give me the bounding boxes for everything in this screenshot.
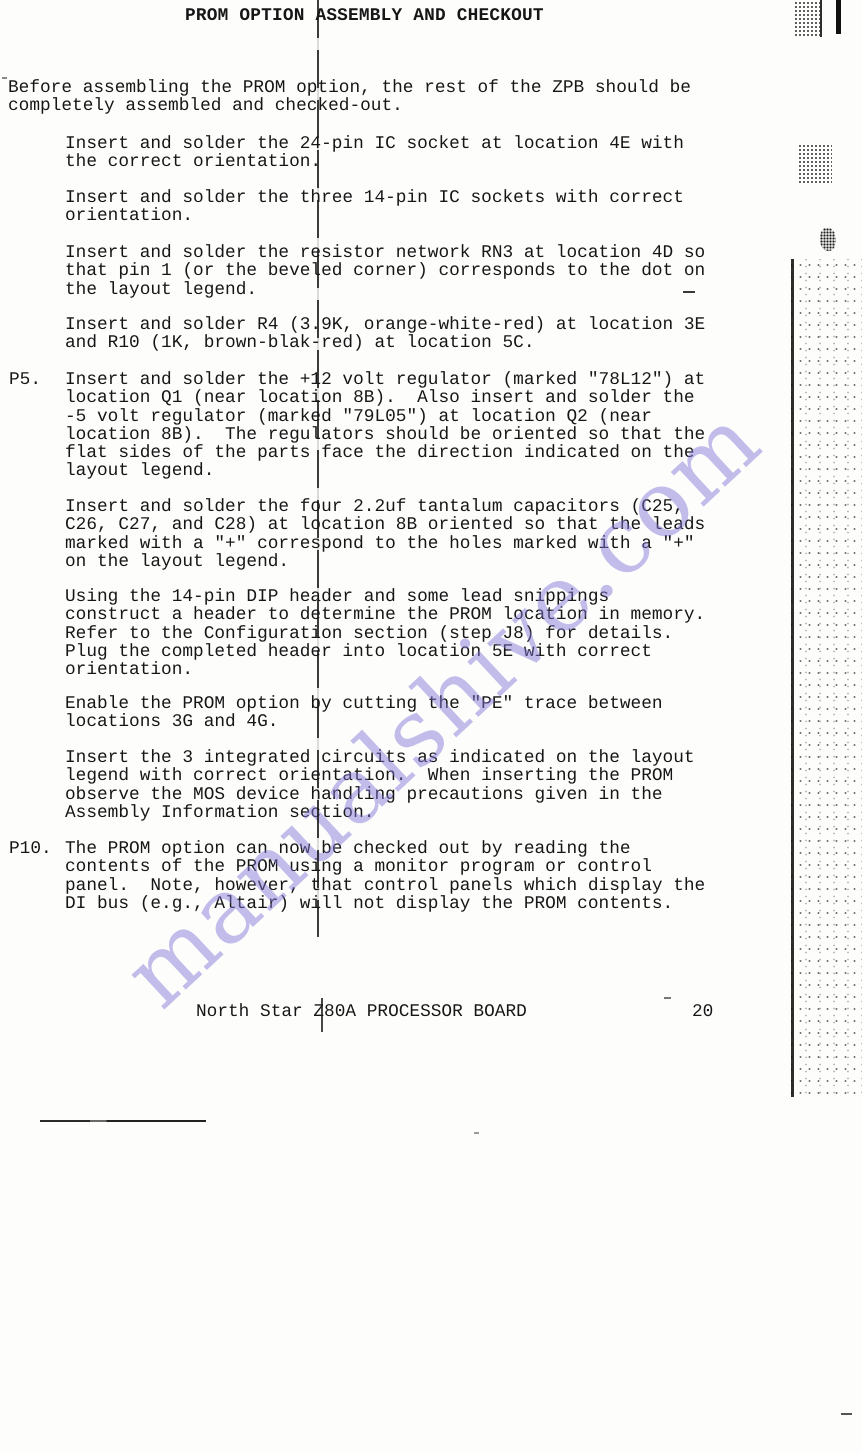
step-label: P10. [9, 840, 52, 858]
scan-speck-top-left [2, 77, 7, 79]
step-paragraph: Using the 14-pin DIP header and some lea… [0, 588, 800, 679]
step-paragraph: Enable the PROM option by cutting the "P… [0, 695, 800, 732]
step-text: Enable the PROM option by cutting the "P… [65, 695, 800, 732]
step-paragraph: P5. Insert and solder the +12 volt regul… [0, 371, 800, 481]
step-paragraph: Insert and solder the 24-pin IC socket a… [0, 135, 800, 172]
step-text: Insert and solder the four 2.2uf tantalu… [65, 498, 800, 571]
scan-mark-top-right-line [820, 0, 822, 37]
scan-mark-top-right-stipple [794, 1, 821, 37]
step-label: P5. [9, 371, 41, 389]
scan-mark-blob [820, 228, 836, 251]
scan-speck-bottom [474, 1132, 479, 1134]
scan-dash-mid-right [683, 291, 695, 293]
step-paragraph: P10. The PROM option can now be checked … [0, 840, 800, 913]
scan-dash-above-page-number [664, 997, 671, 999]
page-number: 20 [692, 1003, 713, 1021]
step-paragraph: Insert and solder the four 2.2uf tantalu… [0, 498, 800, 571]
scan-mark-stipple-square [798, 144, 832, 183]
page-title: PROM OPTION ASSEMBLY AND CHECKOUT [185, 7, 544, 25]
step-paragraph: Insert and solder R4 (3.9K, orange-white… [0, 316, 800, 353]
scan-mark-top-right-bar [836, 0, 841, 34]
step-paragraph: Insert the 3 integrated circuits as indi… [0, 749, 800, 822]
scan-rule-bottom-left [40, 1120, 206, 1122]
scan-dash-bottom-right [841, 1413, 852, 1415]
step-text: Insert and solder R4 (3.9K, orange-white… [65, 316, 800, 353]
step-text: Using the 14-pin DIP header and some lea… [65, 588, 800, 679]
scanned-page: manualshive.com PROM OPTION ASSEMBLY AND… [0, 0, 862, 1453]
step-text: The PROM option can now be checked out b… [65, 840, 800, 913]
step-text: Insert and solder the +12 volt regulator… [65, 371, 800, 481]
step-text: Insert the 3 integrated circuits as indi… [65, 749, 800, 822]
footer-title: North Star Z80A PROCESSOR BOARD [196, 1003, 527, 1021]
step-text: Insert and solder the 24-pin IC socket a… [65, 135, 800, 172]
intro-paragraph: Before assembling the PROM option, the r… [8, 79, 691, 116]
step-text: Insert and solder the three 14-pin IC so… [65, 189, 800, 226]
scan-crease-line-footer [321, 998, 323, 1032]
scan-noise-band-right-edge [791, 259, 862, 1097]
scan-crease-line [317, 0, 319, 937]
step-paragraph: Insert and solder the resistor network R… [0, 244, 800, 299]
step-paragraph: Insert and solder the three 14-pin IC so… [0, 189, 800, 226]
